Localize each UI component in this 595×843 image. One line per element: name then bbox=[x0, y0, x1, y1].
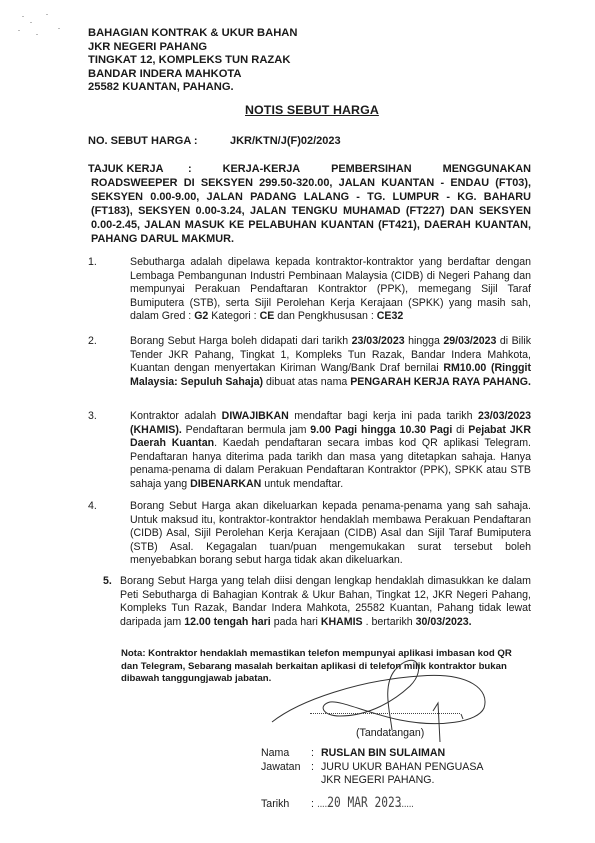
work-title-first-line: TAJUK KERJA: KERJA-KERJA PEMBERSIHAN MEN… bbox=[88, 162, 531, 176]
signature-caption: (Tandatangan) bbox=[356, 727, 424, 739]
paragraph-1: 1. Sebutharga adalah dipelawa kepada kon… bbox=[88, 256, 531, 324]
bold-text: KHAMIS bbox=[321, 616, 363, 628]
text: pada hari bbox=[271, 616, 321, 628]
address-line: 25582 KUANTAN, PAHANG. bbox=[88, 81, 297, 95]
text: Pendaftaran bermula jam bbox=[182, 424, 310, 436]
text: hingga bbox=[405, 335, 444, 347]
address-line: JKR NEGERI PAHANG bbox=[88, 41, 297, 55]
text: untuk mendaftar. bbox=[261, 478, 343, 490]
bold-text: PENGARAH KERJA RAYA PAHANG. bbox=[350, 376, 531, 388]
scan-speck bbox=[30, 22, 32, 23]
text: mendaftar bagi kerja ini pada tarikh bbox=[289, 410, 478, 422]
paragraph-3: 3. Kontraktor adalah DIWAJIBKAN mendafta… bbox=[88, 410, 531, 491]
bold-text: 23/03/2023 bbox=[352, 335, 405, 347]
bold-text: CE32 bbox=[377, 310, 404, 322]
paragraph-number: 1. bbox=[88, 256, 108, 270]
paragraph-body: Borang Sebut Harga akan dikeluarkan kepa… bbox=[130, 500, 531, 568]
document-title: NOTIS SEBUT HARGA bbox=[245, 103, 379, 117]
text: dibuat atas nama bbox=[263, 376, 350, 388]
signature-line bbox=[310, 712, 460, 714]
paragraph-number: 5. bbox=[103, 575, 123, 589]
position-label: Jawatan bbox=[261, 761, 311, 775]
paragraph-4: 4. Borang Sebut Harga akan dikeluarkan k… bbox=[88, 500, 531, 568]
work-title-word: PEMBERSIHAN bbox=[331, 162, 411, 176]
scan-speck bbox=[22, 16, 24, 17]
reference-number: NO. SEBUT HARGA :JKR/KTN/J(F)02/2023 bbox=[88, 135, 341, 147]
colon: : bbox=[311, 747, 321, 761]
text: . bertarikh bbox=[363, 616, 416, 628]
note: Nota: Kontraktor hendaklah memastikan te… bbox=[121, 648, 531, 686]
paragraph-number: 2. bbox=[88, 335, 108, 349]
paragraph-number: 3. bbox=[88, 410, 108, 424]
work-title-word: MENGGUNAKAN bbox=[443, 162, 531, 176]
bold-text: G2 bbox=[194, 310, 208, 322]
address-line: TINGKAT 12, KOMPLEKS TUN RAZAK bbox=[88, 54, 297, 68]
paragraph-body: Kontraktor adalah DIWAJIBKAN mendaftar b… bbox=[130, 410, 531, 491]
paragraph-body: Borang Sebut Harga boleh didapati dari t… bbox=[130, 335, 531, 389]
colon: : bbox=[311, 761, 321, 775]
scan-speck bbox=[58, 28, 60, 29]
date-label: Tarikh bbox=[261, 798, 311, 810]
reference-value: JKR/KTN/J(F)02/2023 bbox=[230, 135, 341, 147]
text: Borang Sebut Harga boleh didapati dari t… bbox=[130, 335, 352, 347]
paragraph-2: 2. Borang Sebut Harga boleh didapati dar… bbox=[88, 335, 531, 389]
work-title-rest: ROADSWEEPER DI SEKSYEN 299.50-320.00, JA… bbox=[88, 176, 531, 246]
paragraph-body: Borang Sebut Harga yang telah diisi deng… bbox=[120, 575, 531, 629]
text: di bbox=[452, 424, 468, 436]
date-stamp: 20 MAR 2023 bbox=[327, 795, 401, 811]
sender-address: BAHAGIAN KONTRAK & UKUR BAHAN JKR NEGERI… bbox=[88, 27, 297, 95]
text: Kategori : bbox=[208, 310, 259, 322]
position-value: JURU UKUR BAHAN PENGUASA bbox=[321, 761, 483, 775]
signature-stroke bbox=[461, 714, 463, 719]
bold-text: 29/03/2023 bbox=[443, 335, 496, 347]
name-label: Nama bbox=[261, 747, 311, 761]
work-title: TAJUK KERJA: KERJA-KERJA PEMBERSIHAN MEN… bbox=[88, 162, 531, 246]
work-title-label: TAJUK KERJA: bbox=[88, 162, 192, 176]
bold-text: 9.00 Pagi hingga 10.30 Pagi bbox=[310, 424, 452, 436]
text: Borang Sebut Harga akan dikeluarkan kepa… bbox=[130, 500, 531, 566]
bold-text: DIWAJIBKAN bbox=[222, 410, 289, 422]
bold-text: 12.00 tengah hari bbox=[184, 616, 271, 628]
name-row: Nama : RUSLAN BIN SULAIMAN bbox=[261, 747, 483, 761]
signature-stroke bbox=[433, 703, 440, 742]
date-row: Tarikh : ...... 20 MAR 2023 ....... bbox=[261, 795, 414, 811]
signatory-details: Nama : RUSLAN BIN SULAIMAN Jawatan : JUR… bbox=[261, 747, 483, 788]
scan-speck bbox=[18, 30, 20, 31]
reference-label: NO. SEBUT HARGA : bbox=[88, 135, 230, 147]
position-row-2: JKR NEGERI PAHANG. bbox=[261, 774, 483, 788]
position-value: JKR NEGERI PAHANG. bbox=[321, 774, 434, 788]
bold-text: 30/03/2023. bbox=[416, 616, 472, 628]
scan-speck bbox=[46, 14, 48, 15]
bold-text: DIBENARKAN bbox=[190, 478, 261, 490]
address-line: BAHAGIAN KONTRAK & UKUR BAHAN bbox=[88, 27, 297, 41]
work-title-word: KERJA-KERJA bbox=[223, 162, 300, 176]
text: dan Pengkhususan : bbox=[274, 310, 376, 322]
text: Kontraktor adalah bbox=[130, 410, 222, 422]
paragraph-body: Sebutharga adalah dipelawa kepada kontra… bbox=[130, 256, 531, 324]
scan-speck bbox=[36, 34, 38, 35]
address-line: BANDAR INDERA MAHKOTA bbox=[88, 68, 297, 82]
name-value: RUSLAN BIN SULAIMAN bbox=[321, 747, 445, 761]
paragraph-5: 5. Borang Sebut Harga yang telah diisi d… bbox=[103, 575, 531, 629]
position-row: Jawatan : JURU UKUR BAHAN PENGUASA bbox=[261, 761, 483, 775]
paragraph-number: 4. bbox=[88, 500, 108, 514]
bold-text: CE bbox=[260, 310, 275, 322]
